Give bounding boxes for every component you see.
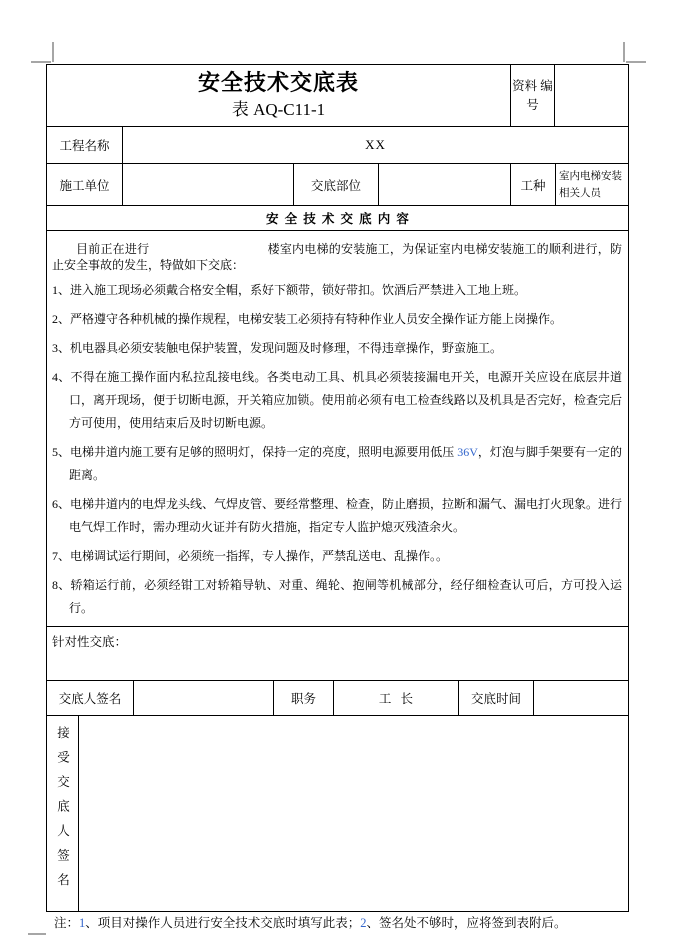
item5-text: 5、电梯井道内施工要有足够的照明灯，保持一定的亮度，照明电源要用低压	[52, 445, 457, 459]
discloser-signature-label: 交底人签名	[47, 681, 134, 715]
margin-mark-top-right-horizontal	[626, 61, 646, 63]
project-row: 工程名称 XX	[47, 127, 628, 164]
disclosure-part-label: 交底部位	[294, 164, 379, 205]
margin-mark-bottom-left-horizontal	[28, 933, 46, 935]
contractor-row: 施工单位 交底部位 工种 室内电梯安装相关人员	[47, 164, 628, 206]
content-item-6: 6、电梯井道内的电焊龙头线、气焊皮管、要经常整理、检查，防止磨损，拉断和漏气、漏…	[52, 493, 622, 539]
discloser-signature-row: 交底人签名 职务 工 长 交底时间	[47, 681, 628, 716]
content-row: 目前正在进行楼室内电梯的安装施工，为保证室内电梯安装施工的顺利进行，防止安全事故…	[47, 231, 628, 627]
content-section-header-row: 安 全 技 术 交 底 内 容	[47, 206, 628, 231]
margin-mark-top-left-vertical	[52, 42, 54, 62]
content-item-3: 3、机电器具必须安装触电保护装置，发现问题及时修理，不得违章操作，野蛮施工。	[52, 337, 622, 360]
document-page: { "header": { "title": "安全技术交底表", "subti…	[0, 0, 680, 938]
trade-value: 室内电梯安装相关人员	[556, 164, 628, 205]
disclosure-time-label: 交底时间	[459, 681, 534, 715]
docno-label: 资料 编号	[511, 65, 555, 126]
discloser-signature-field[interactable]	[134, 681, 274, 715]
item5-voltage-value: 36V	[457, 445, 478, 459]
safety-disclosure-form: 安全技术交底表 表 AQ-C11-1 资料 编号 工程名称 XX 施工单位 交底…	[46, 64, 629, 912]
contractor-label: 施工单位	[47, 164, 123, 205]
header-row: 安全技术交底表 表 AQ-C11-1 资料 编号	[47, 65, 628, 127]
disclosure-part-value-field[interactable]	[379, 164, 511, 205]
receiver-signature-label: 接受交底人签名	[47, 726, 79, 898]
targeted-disclosure-row: 针对性交底：	[47, 627, 628, 681]
content-item-2: 2、严格遵守各种机械的操作规程，电梯安装工必须持有特种作业人员安全操作证方能上岗…	[52, 308, 622, 331]
contractor-value-field[interactable]	[123, 164, 294, 205]
receiver-signature-label-cell: 接受交底人签名	[47, 716, 79, 911]
content-item-7: 7、电梯调试运行期间，必须统一指挥，专人操作，严禁乱送电、乱操作。。	[52, 545, 622, 568]
content-item-1: 1、进入施工现场必须戴合格安全帽，系好下额带，锁好带扣。饮酒后严禁进入工地上班。	[52, 279, 622, 302]
content-body: 目前正在进行楼室内电梯的安装施工，为保证室内电梯安装施工的顺利进行，防止安全事故…	[47, 231, 628, 626]
content-section-title: 安 全 技 术 交 底 内 容	[47, 206, 628, 230]
footnote-text-2: 、签名处不够时，应将签到表附后。	[367, 916, 567, 930]
docno-value-field[interactable]	[555, 65, 628, 126]
form-code: 表 AQ-C11-1	[232, 97, 325, 122]
form-title: 安全技术交底表	[198, 69, 359, 97]
title-cell: 安全技术交底表 表 AQ-C11-1	[47, 65, 511, 126]
footnote-prefix: 注：	[54, 916, 79, 930]
margin-mark-top-left-horizontal	[31, 61, 51, 63]
content-item-5: 5、电梯井道内施工要有足够的照明灯，保持一定的亮度，照明电源要用低压 36V，灯…	[52, 441, 622, 487]
position-value: 工 长	[334, 681, 459, 715]
footnote-text-1: 、项目对操作人员进行安全技术交底时填写此表；	[85, 916, 360, 930]
footnote: 注：1、项目对操作人员进行安全技术交底时填写此表；2、签名处不够时，应将签到表附…	[54, 914, 567, 932]
project-name-value-field[interactable]: XX	[123, 127, 628, 163]
targeted-disclosure-field[interactable]: 针对性交底：	[47, 627, 628, 680]
intro-lead: 目前正在进行	[76, 242, 149, 256]
content-item-8: 8、轿箱运行前，必须经钳工对轿箱导轨、对重、绳轮、抱闸等机械部分，经仔细检查认可…	[52, 574, 622, 620]
trade-label: 工种	[511, 164, 556, 205]
margin-mark-top-right-vertical	[623, 42, 625, 62]
project-name-label: 工程名称	[47, 127, 123, 163]
content-item-4: 4、不得在施工操作面内私拉乱接电线。各类电动工具、机具必须装接漏电开关，电源开关…	[52, 366, 622, 435]
position-label: 职务	[274, 681, 334, 715]
receiver-signature-field[interactable]	[79, 716, 628, 911]
intro-paragraph: 目前正在进行楼室内电梯的安装施工，为保证室内电梯安装施工的顺利进行，防止安全事故…	[52, 241, 622, 273]
disclosure-time-field[interactable]	[534, 681, 628, 715]
receiver-signature-row: 接受交底人签名	[47, 716, 628, 911]
